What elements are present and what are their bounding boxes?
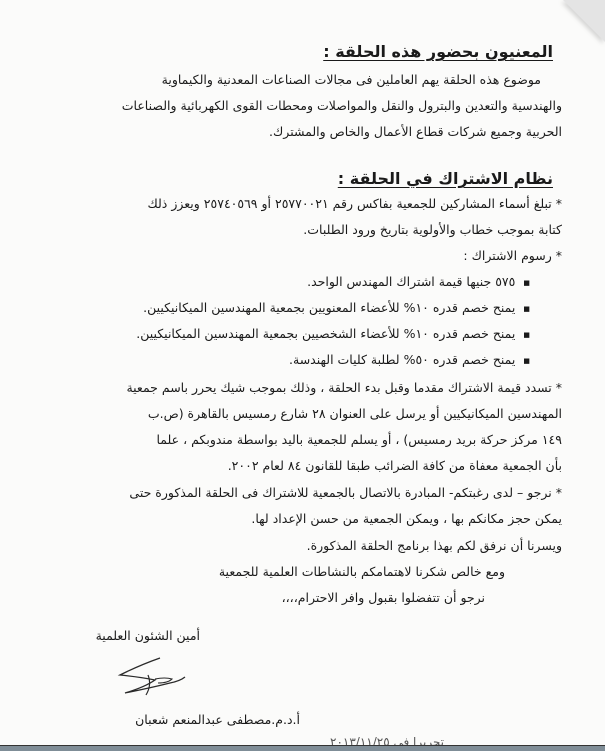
attendees-line-1: موضوع هذه الحلقة يهم العاملين فى مجالات … [162, 72, 541, 88]
signatory-name: أ.د.م.مصطفى عبدالمنعم شعبان [135, 712, 300, 728]
payment-line-2: المهندسين الميكانيكيين أو يرسل على العنو… [148, 406, 562, 422]
fee-item-1: ٥٧٥ جنيها قيمة اشتراك المهندس الواحد. [307, 274, 530, 291]
payment-line-4: بأن الجمعية معفاة من كافة الضرائب طبقا ل… [228, 458, 562, 474]
fax-line-2: كتابة بموجب خطاب والأولوية بتاريخ ورود ا… [303, 222, 562, 238]
contact-line-1: * نرجو – لدى رغبتكم- المبادرة بالاتصال ب… [129, 485, 562, 501]
fees-label: * رسوم الاشتراك : [463, 248, 562, 264]
fee-item-3: يمنح خصم قدره ١٠% للأعضاء الشخصيين بجمعي… [136, 326, 530, 343]
signatory-title: أمين الشئون العلمية [96, 628, 200, 644]
closing-line-3: نرجو أن تتفضلوا بقبول وافر الاحترام،،،، [282, 590, 485, 606]
page-bottom-edge [0, 745, 605, 751]
fee-item-4: يمنح خصم قدره ٥٠% لطلبة كليات الهندسة. [289, 352, 530, 369]
fee-item-2: يمنح خصم قدره ١٠% للأعضاء المعنويين بجمع… [143, 300, 530, 317]
attendees-line-2: والهندسية والتعدين والبترول والنقل والمو… [122, 98, 562, 114]
contact-line-2: يمكن حجز مكانكم بها ، ويمكن الجمعية من ح… [251, 511, 562, 527]
closing-line-1: ويسرنا أن نرفق لكم بهذا برنامج الحلقة ال… [307, 538, 562, 554]
payment-line-3: ١٤٩ مركز حركة بريد رمسيس) ، أو يسلم للجم… [157, 432, 563, 448]
attendees-line-3: الحربية وجميع شركات قطاع الأعمال والخاص … [269, 124, 562, 140]
subscription-heading: نظام الاشتراك في الحلقة : [338, 169, 553, 188]
payment-line-1: * تسدد قيمة الاشتراك مقدما وقبل بدء الحل… [126, 380, 562, 396]
page-corner-fold [563, 0, 605, 42]
fax-line-1: * تبلغ أسماء المشاركين للجمعية بفاكس رقم… [147, 196, 562, 212]
attendees-heading: المعنيون بحضور هذه الحلقة : [323, 42, 553, 61]
handwritten-signature [110, 655, 190, 701]
closing-line-2: ومع خالص شكرنا لاهتمامكم بالنشاطات العلم… [219, 564, 505, 580]
document-page: المعنيون بحضور هذه الحلقة : موضوع هذه ال… [0, 0, 605, 751]
